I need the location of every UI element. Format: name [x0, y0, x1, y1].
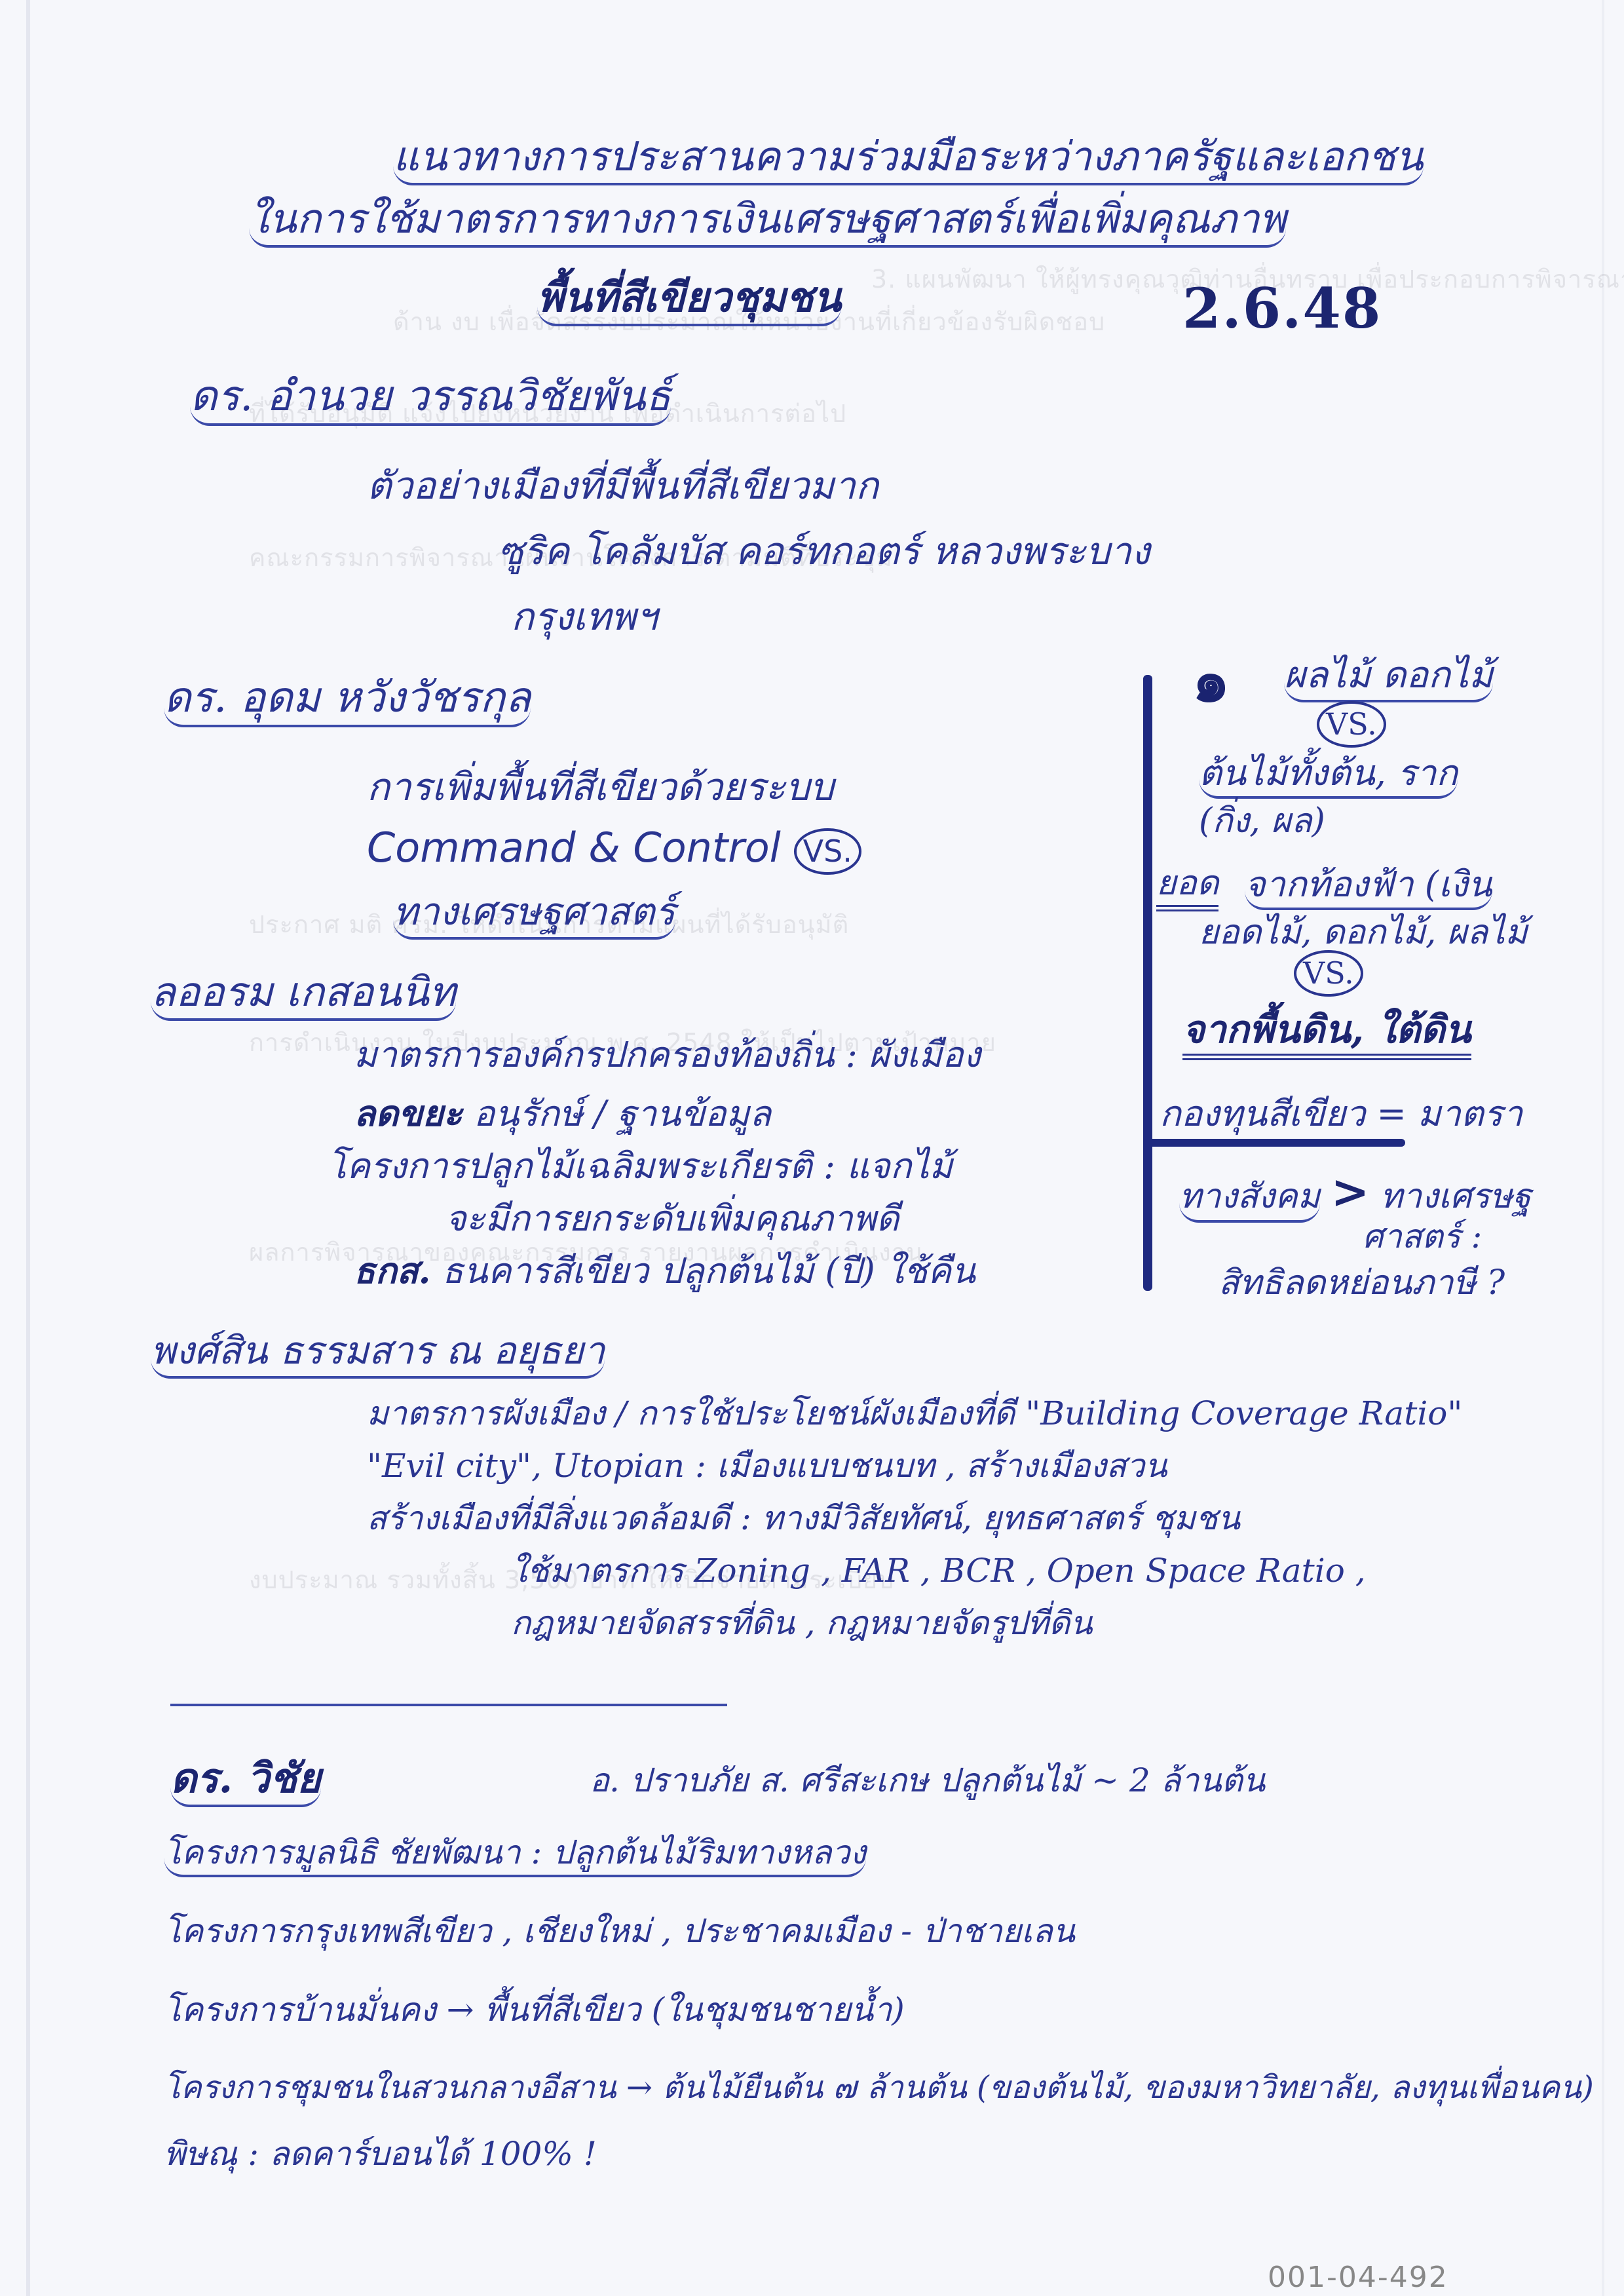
vs-badge: VS.: [1294, 950, 1363, 997]
speaker-note: มาตรการองค์กรปกครองท้องถิ่น : ผังเมือง: [354, 1035, 981, 1074]
title-line-2: ในการใช้มาตรการทางการเงินเศรษฐศาสตร์เพื่…: [249, 197, 1286, 248]
date: 2.6.48: [1182, 278, 1382, 339]
speaker-name: พงศ์สิน ธรรมสาร ณ อยุธยา: [151, 1330, 605, 1379]
speaker-note: ทางเศรษฐศาสตร์: [393, 891, 675, 940]
speaker-note: มาตรการผังเมือง / การใช้ประโยชน์ผังเมือง…: [367, 1396, 1462, 1432]
title-line-3: พื้นที่สีเขียวชุมชน: [537, 275, 841, 326]
diagram-item: (กิ่ง, ผล): [1199, 803, 1325, 840]
diagram-label: ยอด: [1156, 865, 1218, 911]
speaker-note: โครงการชุมชนในสวนกลางอีสาน → ต้นไม้ยืนต้…: [164, 2071, 1594, 2105]
speaker-note: โครงการปลูกไม้เฉลิมพระเกียรติ : แจกไม้: [328, 1147, 953, 1185]
diagram-item: สิทธิลดหย่อนภาษี ?: [1218, 1265, 1505, 1302]
speaker-note: พิษณุ : ลดคาร์บอนได้ 100% !: [164, 2136, 597, 2172]
speaker-note-text: Command & Control: [367, 824, 781, 871]
diagram-item: จากพื้นดิน, ใต้ดิน: [1182, 1009, 1471, 1060]
bold-prefix: ลดขยะ: [354, 1092, 463, 1134]
speaker-note: โครงการบ้านมั่นคง → พื้นที่สีเขียว (ในชุ…: [164, 1992, 905, 2028]
speaker-name: ดร. วิชัย: [170, 1756, 321, 1807]
section-divider: [170, 1704, 727, 1706]
diagram-numeral: ๑: [1192, 649, 1230, 714]
page-right-edge: [1602, 0, 1604, 2296]
speaker-note: การเพิ่มพื้นที่สีเขียวด้วยระบบ: [367, 767, 834, 809]
diagram-horizontal-bar: [1143, 1139, 1405, 1147]
speaker-note: ใช้มาตรการ Zoning , FAR , BCR , Open Spa…: [511, 1553, 1366, 1589]
diagram-item: จากท้องฟ้า (เงิน: [1245, 865, 1492, 910]
speaker-note: โครงการมูลนิธิ ชัยพัฒนา : ปลูกต้นไม้ริมท…: [164, 1835, 866, 1877]
speaker-note: ธกส. ธนคารสีเขียว ปลูกต้นไม้ (ปี) ใช้คืน: [354, 1252, 975, 1290]
speaker-note-text: ธนคารสีเขียว: [442, 1250, 649, 1291]
diagram-item-text: ทางเศรษฐ: [1380, 1177, 1532, 1216]
speaker-note: Command & Control VS.: [367, 826, 861, 875]
diagram-item: ยอดไม้, ดอกไม้, ผลไม้: [1199, 914, 1528, 951]
bold-prefix: ธกส.: [354, 1250, 430, 1291]
speaker-note: สร้างเมืองที่มีสิ่งแวดล้อมดี : ทางมีวิสั…: [367, 1501, 1240, 1537]
speaker-note: โครงการกรุงเทพสีเขียว , เชียงใหม่ , ประช…: [164, 1913, 1075, 1949]
speaker-note-text: ปลูกต้นไม้ (ปี) ใช้คืน: [660, 1250, 975, 1291]
title-line-1: แนวทางการประสานความร่วมมือระหว่างภาครัฐแ…: [393, 134, 1424, 185]
speaker-note: กรุงเทพฯ: [511, 596, 657, 638]
diagram-vs: VS.: [1294, 950, 1363, 997]
speaker-note: กฎหมายจัดสรรที่ดิน , กฎหมายจัดรูปที่ดิน: [511, 1605, 1093, 1641]
speaker-name: ดร. อำนวย วรรณวิชัยพันธ์: [190, 373, 671, 426]
diagram-item: ต้นไม้ทั้งต้น, ราก: [1199, 754, 1458, 799]
diagram-vs: VS.: [1317, 701, 1386, 748]
greater-than-icon: >: [1331, 1164, 1370, 1219]
speaker-note-text: อนุรักษ์ / ฐานข้อมูล: [474, 1093, 771, 1134]
diagram-item: ศาสตร์ :: [1363, 1219, 1482, 1255]
diagram-item: ทางสังคม > ทางเศรษฐ: [1179, 1166, 1531, 1217]
speaker-note: ซูริค โคลัมบัส คอร์ทกอตร์ หลวงพระบาง: [498, 531, 1150, 573]
diagram-item: ผลไม้ ดอกไม้: [1284, 655, 1493, 702]
speaker-name: ลออรม เกสอนนิท: [151, 970, 456, 1021]
speaker-note: ตัวอย่างเมืองที่มีพื้นที่สีเขียวมาก: [367, 465, 878, 507]
document-code: 001-04-492: [1268, 2261, 1448, 2294]
diagram-item: กองทุนสีเขียว = มาตรา: [1160, 1094, 1522, 1133]
diagram-item-text: กองทุนสีเขียว: [1160, 1093, 1365, 1134]
diagram-vertical-bar: [1143, 675, 1152, 1291]
speaker-note: ลดขยะ อนุรักษ์ / ฐานข้อมูล: [354, 1094, 771, 1133]
vs-badge: VS.: [794, 828, 861, 875]
diagram-item-text: = มาตรา: [1376, 1093, 1522, 1134]
diagram-item-text: ทางสังคม: [1179, 1177, 1320, 1223]
page-left-edge: [26, 0, 30, 2296]
speaker-note: อ. ปราบภัย ส. ศรีสะเกษ ปลูกต้นไม้ ~ 2 ล้…: [590, 1763, 1265, 1799]
speaker-note: "Evil city", Utopian : เมืองแบบชนบท , สร…: [367, 1448, 1167, 1484]
speaker-name: ดร. อุดม หวังวัชรกุล: [164, 675, 531, 727]
speaker-note: จะมีการยกระดับเพิ่มคุณภาพดี: [445, 1199, 899, 1238]
vs-badge: VS.: [1317, 701, 1386, 748]
